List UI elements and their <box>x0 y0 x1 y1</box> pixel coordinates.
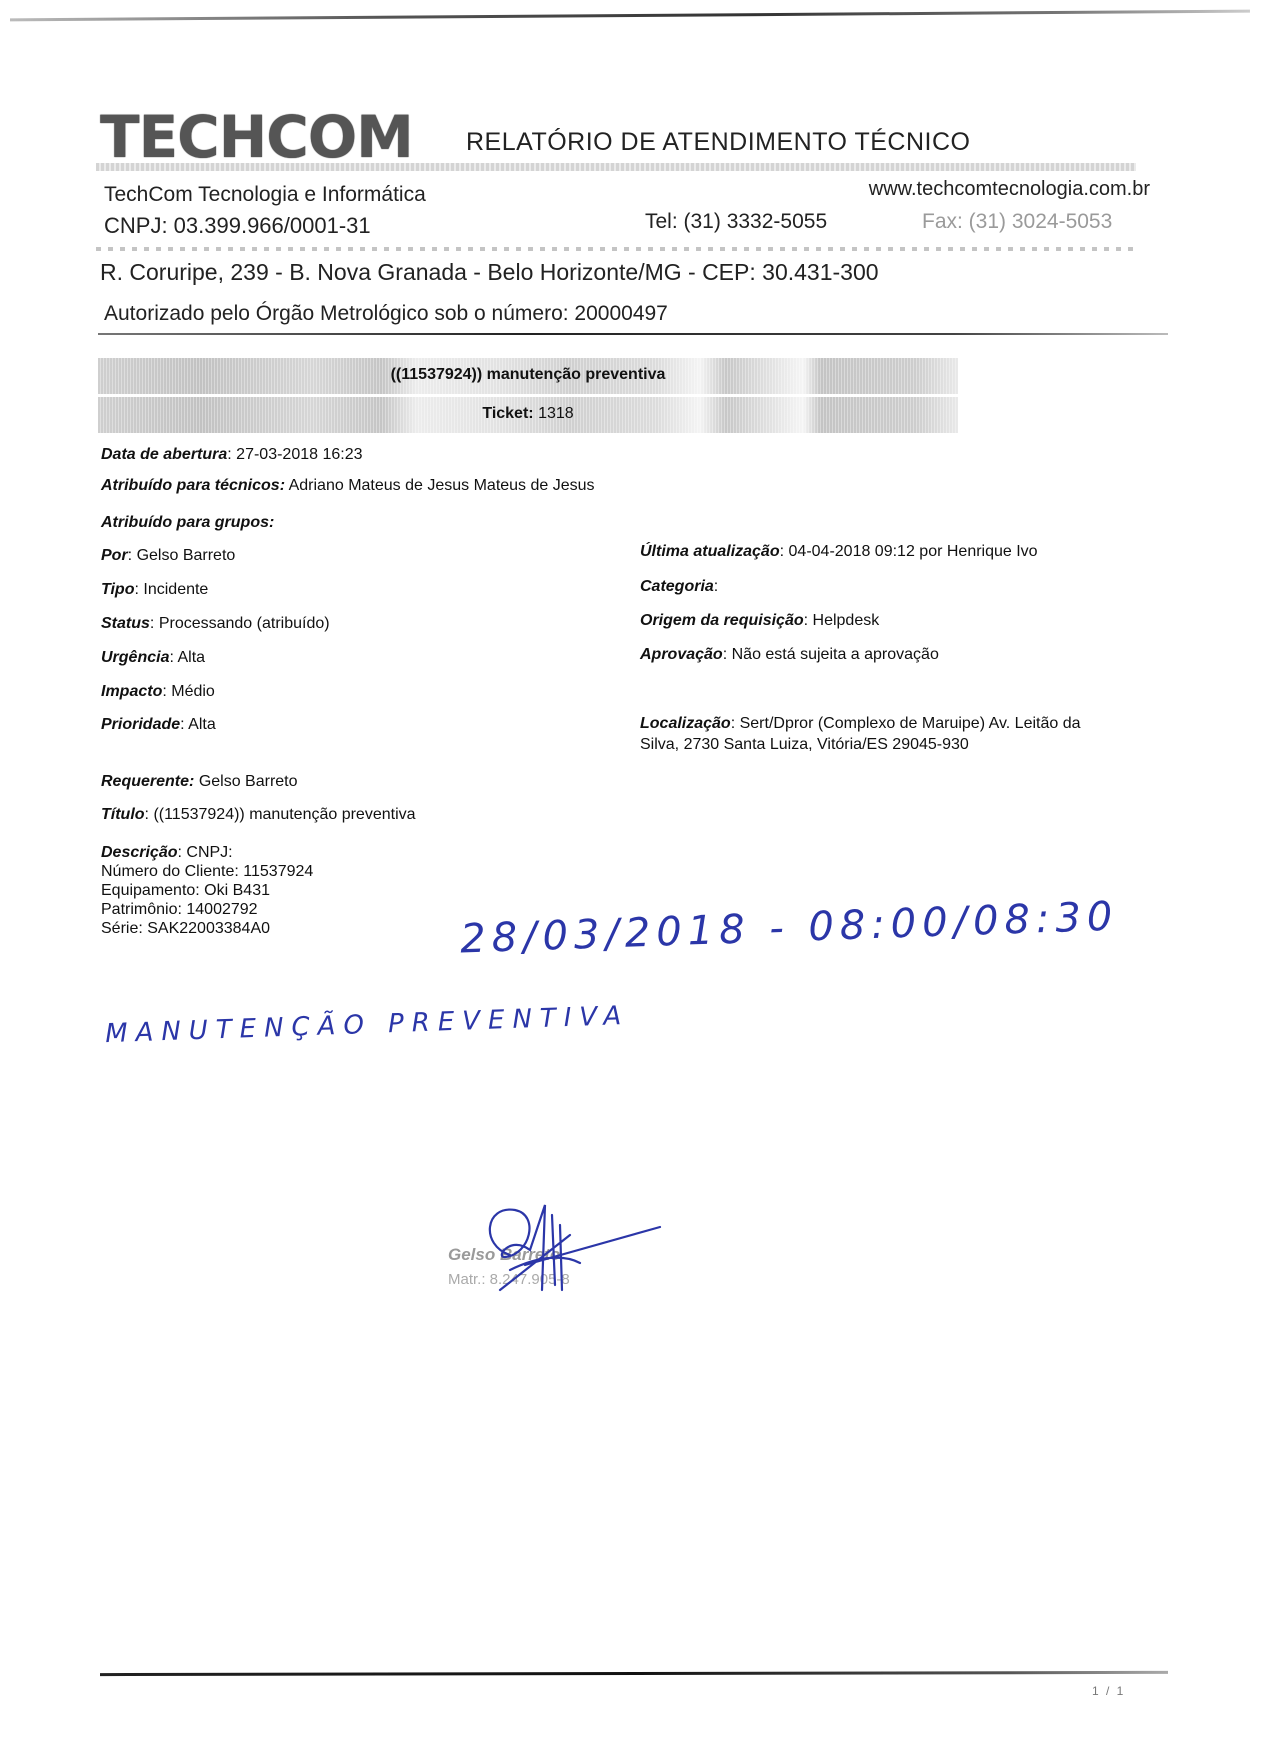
ticket-number-band: Ticket: 1318 <box>98 397 958 433</box>
page-number: 1 / 1 <box>1092 1684 1125 1698</box>
field-descricao: Descrição: CNPJ: Número do Cliente: 1153… <box>101 843 313 938</box>
logo-divider <box>96 163 1136 171</box>
desc-serie: Série: SAK22003384A0 <box>101 919 313 938</box>
ticket-label: Ticket: <box>482 405 533 422</box>
desc-patrimonio: Patrimônio: 14002792 <box>101 900 313 919</box>
field-prioridade: Prioridade: Alta <box>101 716 216 734</box>
field-data-abertura: Data de abertura: 27-03-2018 16:23 <box>101 446 363 464</box>
field-atribuido-grupos: Atribuído para grupos: <box>101 514 274 532</box>
field-titulo: Título: ((11537924)) manutenção preventi… <box>101 806 416 824</box>
field-urgencia: Urgência: Alta <box>101 649 205 667</box>
signature-icon <box>470 1195 670 1305</box>
field-ultima-atualizacao: Última atualização: 04-04-2018 09:12 por… <box>640 543 1038 561</box>
company-cnpj: CNPJ: 03.399.966/0001-31 <box>104 213 371 239</box>
field-tipo: Tipo: Incidente <box>101 581 208 599</box>
field-requerente: Requerente: Gelso Barreto <box>101 773 298 791</box>
desc-numero-cliente: Número do Cliente: 11537924 <box>101 862 313 881</box>
company-website: www.techcomtecnologia.com.br <box>869 178 1150 201</box>
field-impacto: Impacto: Médio <box>101 683 215 701</box>
handwritten-note: MANUTENÇÃO PREVENTIVA <box>105 1001 630 1049</box>
handwritten-date-time: 28/03/2018 - 08:00/08:30 <box>459 894 1119 963</box>
page-top-rule <box>10 10 1250 22</box>
techcom-logo: TECHCOM <box>100 108 413 166</box>
field-categoria: Categoria: <box>640 578 718 596</box>
ticket-number: 1318 <box>538 405 574 422</box>
ticket-number-line: Ticket: 1318 <box>98 405 958 423</box>
footer-rule <box>100 1671 1168 1676</box>
metrology-authorization: Autorizado pelo Órgão Metrológico sob o … <box>104 302 668 326</box>
field-aprovacao: Aprovação: Não está sujeita a aprovação <box>640 646 939 664</box>
company-name: TechCom Tecnologia e Informática <box>104 183 426 207</box>
field-por: Por: Gelso Barreto <box>101 547 235 565</box>
desc-equipamento: Equipamento: Oki B431 <box>101 881 313 900</box>
field-status: Status: Processando (atribuído) <box>101 615 330 633</box>
ticket-title: ((11537924)) manutenção preventiva <box>98 366 958 384</box>
report-title: RELATÓRIO DE ATENDIMENTO TÉCNICO <box>466 128 971 157</box>
company-fax: Fax: (31) 3024-5053 <box>922 210 1112 234</box>
field-origem-requisicao: Origem da requisição: Helpdesk <box>640 612 879 630</box>
ticket-title-band: ((11537924)) manutenção preventiva <box>98 358 958 394</box>
header-dotted-divider <box>96 247 1136 251</box>
field-atribuido-tecnicos: Atribuído para técnicos: Adriano Mateus … <box>101 477 595 495</box>
company-tel: Tel: (31) 3332-5055 <box>645 210 827 234</box>
field-localizacao: Localização: Sert/Dpror (Complexo de Mar… <box>640 713 1081 755</box>
header-rule <box>98 333 1168 335</box>
company-address: R. Coruripe, 239 - B. Nova Granada - Bel… <box>100 259 879 286</box>
